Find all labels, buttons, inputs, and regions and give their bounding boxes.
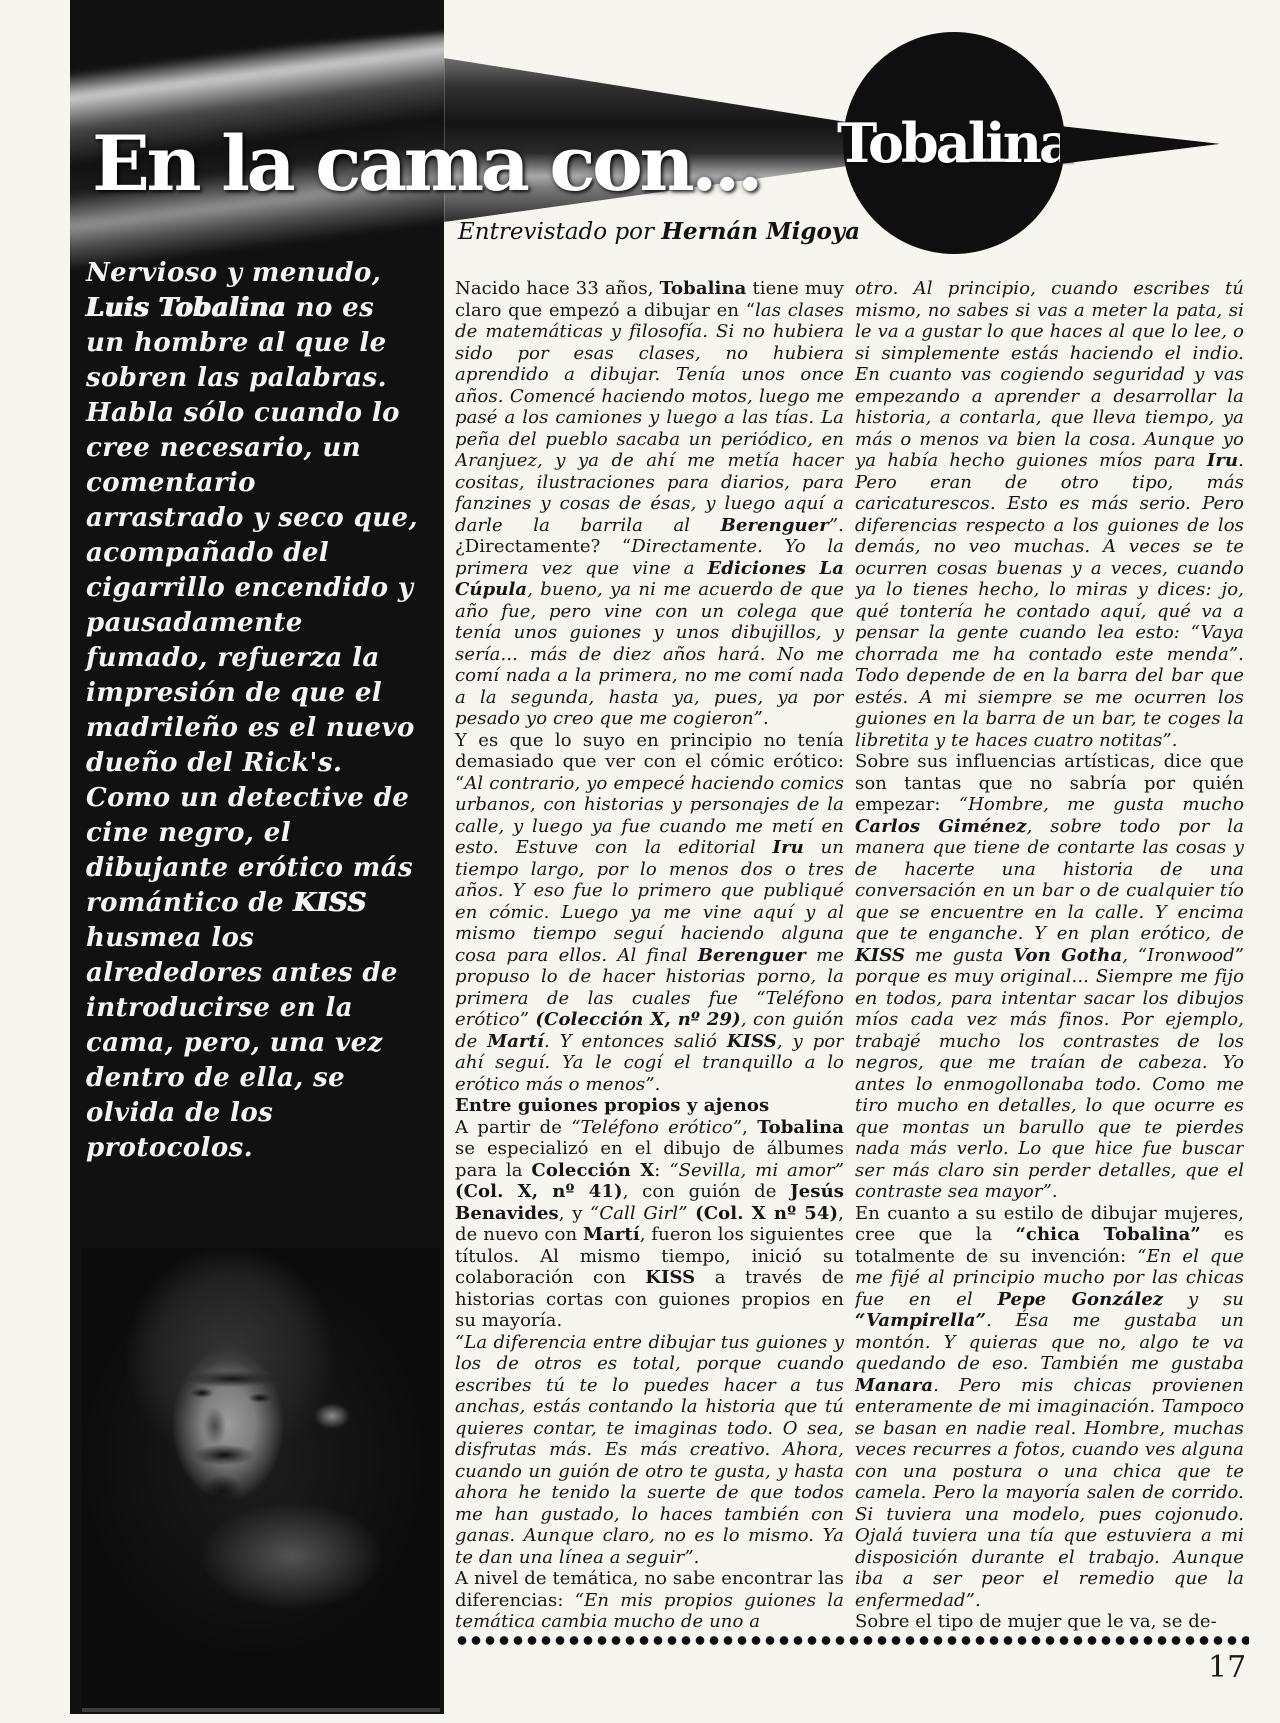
text-segment: las clases de matemáticas y filosofía. S…	[455, 300, 844, 536]
article-paragraph: Sobre sus influencias artísticas, dice q…	[855, 751, 1244, 1203]
text-segment: Manara	[855, 1375, 933, 1396]
lead-paragraph: Nervioso y menudo, Luis Tobalina no es u…	[86, 256, 418, 1166]
badge-spike-shape	[1060, 126, 1220, 164]
name-circle-badge: Tobalina	[843, 32, 1065, 254]
text-segment: (Col. X, nº 41)	[455, 1181, 623, 1202]
text-segment: . Pero mis chicas provienen enteramente …	[855, 1375, 1244, 1611]
badge-name-text: Tobalina	[837, 111, 1071, 175]
column-middle: Nacido hace 33 años, Tobalina tiene muy …	[455, 278, 844, 1638]
text-segment: Berenguer	[698, 945, 806, 966]
lead-text-segment: Nervioso y menudo,	[86, 258, 381, 288]
byline-prefix: Entrevistado por	[458, 219, 661, 245]
lead-text-segment: no es un hombre al que le sobren las pal…	[86, 293, 418, 918]
text-segment: . Pero eran de otro tipo, más caricature…	[855, 450, 1244, 751]
text-segment: Berenguer	[721, 515, 829, 536]
lead-text-segment: KISS	[293, 888, 366, 918]
byline: Entrevistado por Hernán Migoya	[458, 218, 860, 245]
lead-text-segment: husmea los alrededores antes de introduc…	[86, 923, 398, 1163]
text-segment: otro. Al principio, cuando escribes tú m…	[855, 278, 1244, 471]
text-segment: Nacido hace 33 años,	[455, 278, 660, 299]
article-paragraph: “La diferencia entre dibujar tus guiones…	[455, 1332, 844, 1569]
page-number: 17	[1208, 1650, 1246, 1685]
text-segment: . Y entonces salió	[544, 1031, 727, 1052]
text-segment: KISS	[727, 1031, 777, 1052]
text-segment: , “Ironwood” porque es muy original... S…	[855, 945, 1244, 1203]
text-segment: Martí	[583, 1224, 640, 1245]
article-paragraph: Nacido hace 33 años, Tobalina tiene muy …	[455, 278, 844, 730]
text-segment: Pepe González	[997, 1289, 1163, 1310]
article-paragraph: Sobre el tipo de mujer que le va, se de-	[855, 1611, 1244, 1633]
text-segment: y su	[1163, 1289, 1244, 1310]
text-segment: Colección X	[531, 1160, 654, 1181]
article-paragraph: A partir de “Teléfono erótico”, Tobalina…	[455, 1117, 844, 1332]
text-segment: “Sevilla, mi amor”	[669, 1160, 844, 1181]
article-paragraph: otro. Al principio, cuando escribes tú m…	[855, 278, 1244, 751]
text-segment: (Colección X, nº 29)	[535, 1009, 740, 1030]
text-segment: “La diferencia entre dibujar tus guiones…	[455, 1332, 844, 1568]
text-segment: “Hombre, me gusta mucho	[959, 794, 1244, 815]
page-title: En la cama con...	[92, 126, 760, 202]
text-segment: Tobalina	[757, 1117, 844, 1138]
lead-text-segment: Luis Tobalina	[86, 293, 286, 323]
text-segment	[688, 1203, 696, 1224]
text-segment: “Call Girl”	[590, 1203, 688, 1224]
text-segment: Martí	[487, 1031, 544, 1052]
text-segment: “Vampirella”	[855, 1310, 986, 1331]
text-segment: , bueno, ya ni me acuerdo de que año fue…	[455, 579, 844, 729]
column-right: otro. Al principio, cuando escribes tú m…	[855, 278, 1244, 1638]
text-segment: Iru	[1207, 450, 1238, 471]
text-segment: Tobalina	[660, 278, 747, 299]
dotted-rule	[455, 1634, 1249, 1647]
text-segment: ”	[829, 515, 838, 536]
article-paragraph: A nivel de temática, no sabe encontrar l…	[455, 1568, 844, 1633]
article-paragraph: Y es que lo suyo en principio no tenía d…	[455, 730, 844, 1096]
section-heading: Entre guiones propios y ajenos	[455, 1095, 844, 1117]
text-segment: “chica Tobalina”	[1015, 1224, 1200, 1245]
text-segment: , con guión de	[623, 1181, 790, 1202]
tobalina-photo	[82, 1248, 440, 1712]
text-segment: Carlos Giménez	[855, 816, 1027, 837]
text-segment: ,	[742, 1117, 757, 1138]
text-segment: KISS	[645, 1267, 695, 1288]
text-segment: (Col. X nº 54)	[695, 1203, 838, 1224]
byline-author: Hernán Migoya	[661, 218, 860, 245]
magazine-page: Tobalina En la cama con... Entrevistado …	[0, 0, 1280, 1723]
text-segment: A partir de	[455, 1117, 571, 1138]
text-segment: Sobre el tipo de mujer que le va, se de-	[855, 1611, 1217, 1632]
text-segment: , y	[559, 1203, 590, 1224]
text-segment: KISS	[855, 945, 905, 966]
text-segment: :	[654, 1160, 669, 1181]
text-segment: me gusta	[905, 945, 1013, 966]
article-paragraph: En cuanto a su estilo de dibujar mujeres…	[855, 1203, 1244, 1612]
text-segment: Von Gotha	[1013, 945, 1122, 966]
text-segment: Iru	[773, 837, 804, 858]
text-segment: “Teléfono erótico”	[571, 1117, 742, 1138]
